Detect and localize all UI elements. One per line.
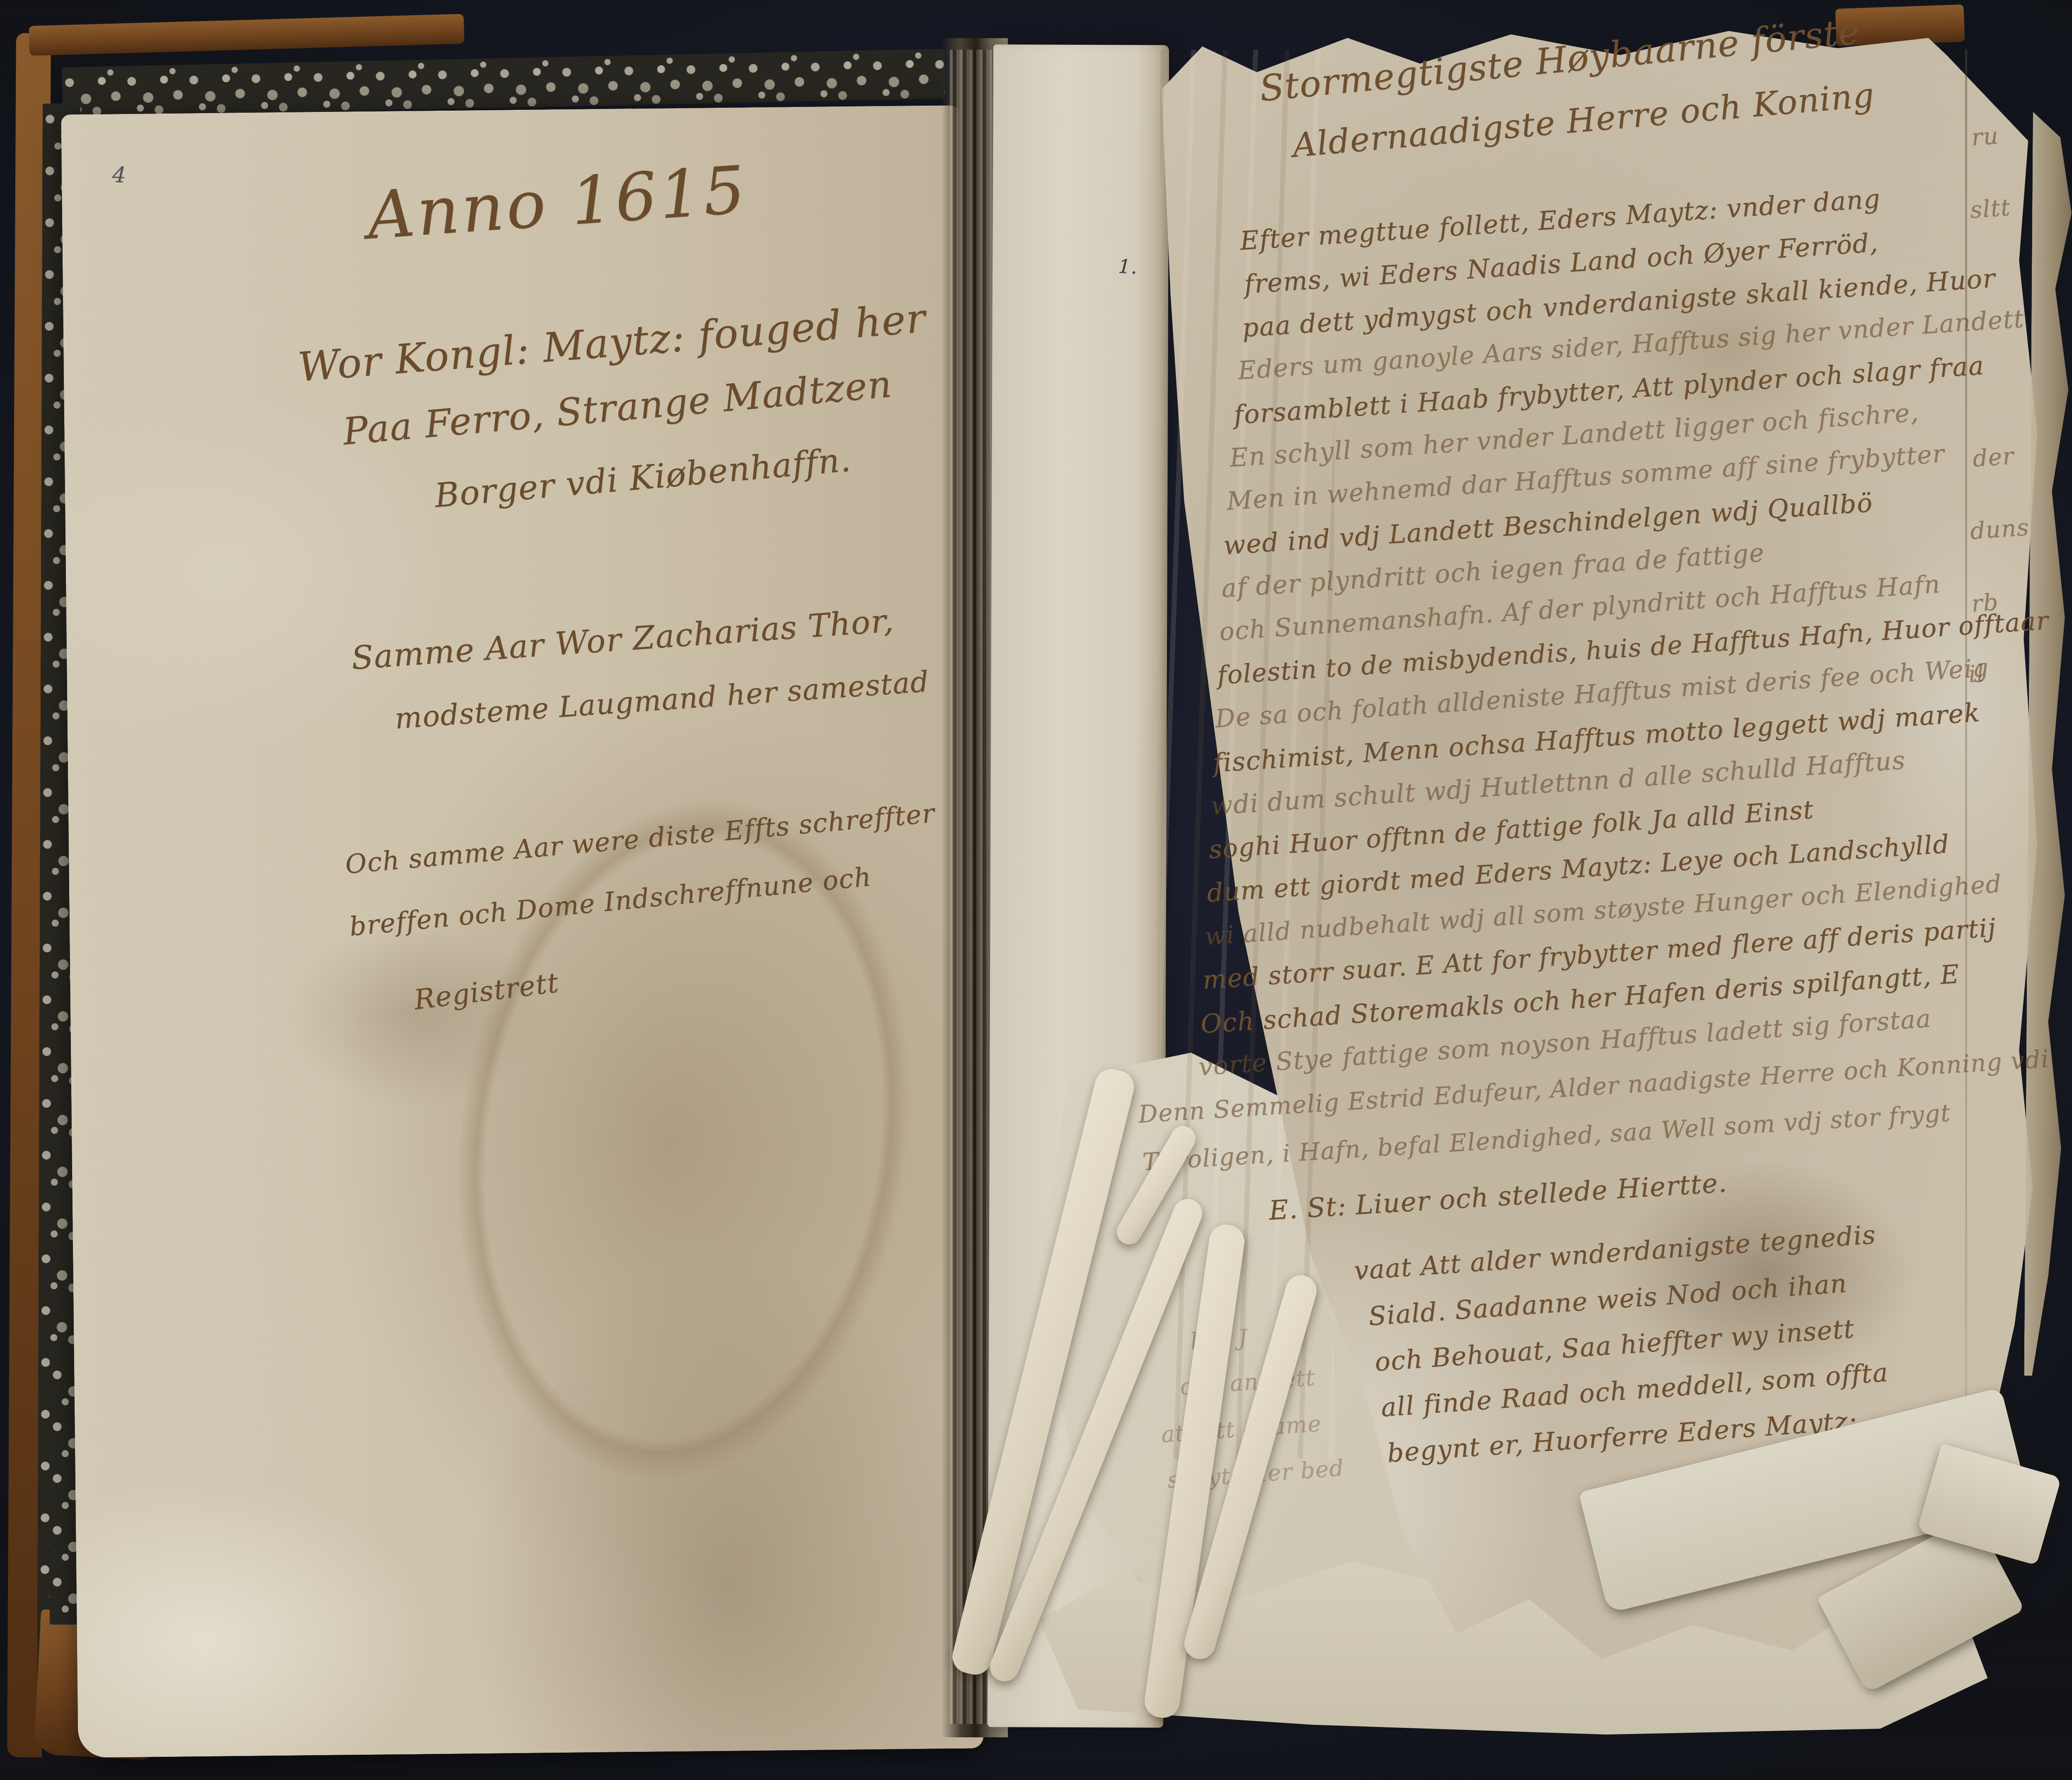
top-board-leather-edge (29, 14, 465, 56)
margin-overflow-fragment: ru (1970, 122, 1999, 151)
margin-overflow-fragment: duns (1969, 514, 2030, 545)
fore-edge-leaf-slivers (2024, 112, 2072, 1376)
gutter-folio-number: 1. (1118, 255, 1138, 278)
margin-overflow-fragment: sltt (1969, 194, 2011, 224)
margin-overflow-fragment: il (1968, 660, 1985, 688)
margin-overflow-fragment: der (1972, 443, 2015, 472)
left-folio-number: 4 (112, 162, 127, 188)
right-page-crease (1965, 50, 1967, 1409)
manuscript-photo: 4 Anno 1615 Wor Kongl: Maytz: fouged her… (0, 0, 2072, 1780)
margin-overflow-fragment: rb (1970, 588, 1999, 617)
